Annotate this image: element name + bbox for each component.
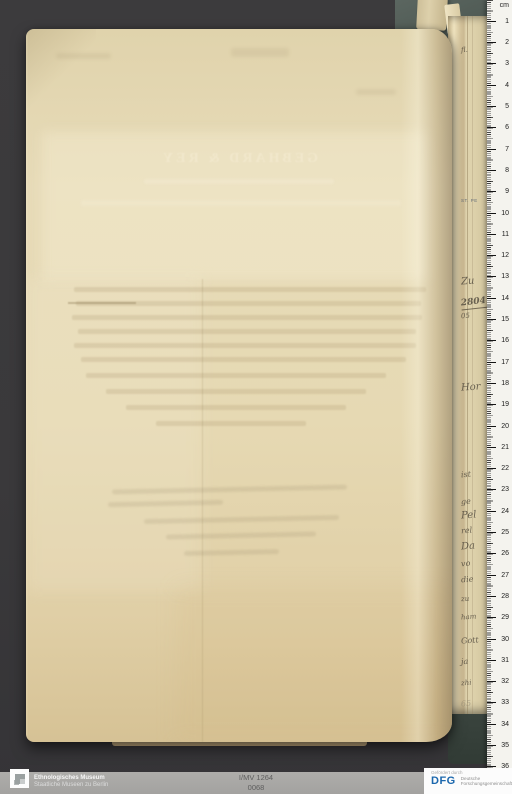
ruler-cm-tick: [487, 724, 496, 725]
document-page: GEBHARD & REY: [26, 29, 452, 742]
marginalia-fragment: vo: [461, 559, 471, 569]
ruler-number: 33: [501, 699, 509, 706]
marginalia-fragment: zu: [461, 595, 470, 604]
ruler-cm-tick: [487, 617, 496, 618]
ruler-number: 19: [501, 401, 509, 408]
ruler-number: 17: [501, 359, 509, 366]
ruler-number: 14: [501, 295, 509, 302]
ruler-cm-tick: [487, 404, 496, 405]
ruler-number: 5: [505, 103, 509, 110]
marginalia-fragment: 2804.: [460, 296, 488, 311]
ruler-number: 28: [501, 593, 509, 600]
ruler-number: 32: [501, 678, 509, 685]
marginalia-fragment: die: [461, 575, 474, 585]
ruler-cm-tick: [487, 660, 496, 661]
ruler-number: 13: [501, 273, 509, 280]
ruler-cm-tick: [487, 639, 496, 640]
ruler-cm-tick: [487, 489, 496, 490]
ruler-cm-tick: [487, 553, 496, 554]
ruler-number: 6: [505, 124, 509, 131]
ruler-cm-tick: [487, 149, 496, 150]
ruler-cm-tick: [487, 234, 496, 235]
ruler-cm-tick: [487, 213, 496, 214]
ruler-number: 2: [505, 39, 509, 46]
ruler-number: 10: [501, 210, 509, 217]
ruler-cm-tick: [487, 575, 496, 576]
marginalia-fragment: rel: [461, 526, 473, 536]
ruler-number: 24: [501, 508, 509, 515]
page-roll-shading: [26, 29, 452, 742]
ruler-cm-tick: [487, 106, 496, 107]
ruler-cm-tick: [487, 21, 496, 22]
ruler-number: 11: [502, 231, 509, 238]
ruler-cm-tick: [487, 298, 496, 299]
marginalia-fragment: Gott: [461, 635, 479, 645]
marginalia-fragment: ge: [461, 497, 471, 507]
ruler-number: 26: [501, 550, 509, 557]
ruler-number: 21: [501, 444, 509, 451]
ruler-number: 31: [501, 657, 509, 664]
ruler-cm-tick: [487, 340, 496, 341]
ruler-number: 1: [505, 18, 509, 25]
ruler-cm-tick: [487, 447, 496, 448]
ruler-cm-tick: [487, 255, 496, 256]
ruler-number: 35: [501, 742, 509, 749]
marginalia-fragment: ham: [461, 612, 477, 621]
ruler-number: 12: [501, 252, 509, 259]
marginalia-fragment: Pel: [461, 509, 477, 521]
ruler-number: 25: [501, 529, 509, 536]
ruler-number: 22: [501, 465, 509, 472]
marginalia-fragment: 05: [461, 312, 470, 321]
ruler-cm-tick: [487, 426, 496, 427]
ruler-number: 15: [501, 316, 509, 323]
loose-paper-tab: [416, 0, 448, 31]
ruler-unit-label: cm: [500, 2, 509, 9]
ruler-cm-tick: [487, 596, 496, 597]
ruler-cm-tick: [487, 681, 496, 682]
marginalia-fragment: zhi: [461, 679, 472, 688]
ruler-number: 4: [505, 82, 509, 89]
marginalia-fragment: Zu: [461, 276, 475, 288]
ruler-number: 18: [501, 380, 509, 387]
ruler-number: 16: [501, 337, 509, 344]
funder-name-line2: Forschungsgemeinschaft: [461, 782, 512, 787]
ruler-number: 23: [501, 486, 509, 493]
ruler-number: 9: [505, 188, 509, 195]
ruler-number: 29: [501, 614, 509, 621]
ruler: cm 1234567891011121314151617181920212223…: [487, 0, 512, 772]
ruler-cm-tick: [487, 42, 496, 43]
ruler-cm-tick: [487, 170, 496, 171]
ruler-cm-tick: [487, 127, 496, 128]
ruler-cm-tick: [487, 702, 496, 703]
ruler-cm-tick: [487, 511, 496, 512]
marginalia-fragment: fl.: [461, 46, 468, 54]
ruler-cm-tick: [487, 276, 496, 277]
ruler-number: 27: [501, 572, 509, 579]
ruler-number: 7: [505, 146, 509, 153]
ruler-cm-tick: [487, 745, 496, 746]
ruler-cm-tick: [487, 191, 496, 192]
marginalia-fragment: 65: [461, 699, 472, 709]
archive-footer-bar: Ethnologisches Museum Staatliche Museen …: [0, 772, 512, 794]
marginalia-fragment: Da: [461, 541, 476, 553]
dfg-credit-box: Gefördert durch DFG Deutsche Forschungsg…: [424, 768, 512, 794]
ruler-cm-tick: [487, 362, 496, 363]
marginalia-fragment: Hor: [461, 381, 481, 393]
ruler-cm-tick: [487, 319, 496, 320]
page-edge-line: [467, 16, 468, 714]
ruler-cm-tick: [487, 63, 496, 64]
ruler-cm-tick: [487, 383, 496, 384]
ruler-number: 30: [501, 636, 509, 643]
ruler-cm-tick: [487, 85, 496, 86]
marginalia-fragment: ja: [461, 657, 469, 666]
ruler-number: 8: [505, 167, 509, 174]
funder-name: Deutsche Forschungsgemeinschaft: [461, 777, 512, 787]
ruler-number: 3: [505, 60, 509, 67]
marginalia-printed-fragment: ST. PE: [461, 198, 478, 203]
right-page-stack: ST. PE fl.Zu2804.05HoristgePelrelDavodie…: [448, 16, 488, 714]
page-edge-line: [472, 16, 473, 714]
marginalia-fragment: ist: [461, 470, 471, 480]
ruler-number: 20: [501, 423, 509, 430]
ruler-halfcm-ticks: [487, 0, 493, 772]
dfg-logo-text: DFG: [431, 776, 456, 786]
ruler-cm-tick: [487, 468, 496, 469]
ruler-number: 34: [501, 721, 509, 728]
ruler-cm-tick: [487, 532, 496, 533]
